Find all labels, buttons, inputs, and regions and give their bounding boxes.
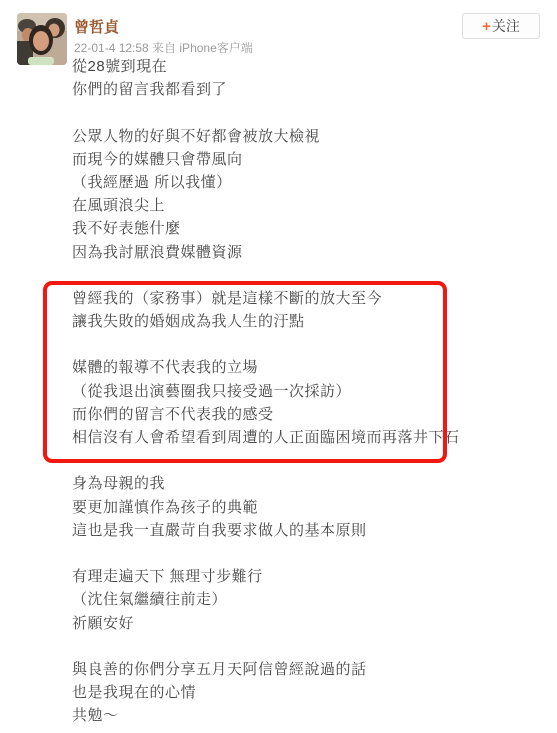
plus-icon: +	[482, 18, 491, 35]
post-line: 有理走遍天下 無理寸步難行	[72, 565, 542, 588]
post-line	[72, 264, 542, 287]
post-line: 身為母親的我	[72, 472, 542, 495]
follow-button[interactable]: + 关注	[462, 13, 540, 39]
post-line: 要更加謹慎作為孩子的典範	[72, 496, 542, 519]
timestamp[interactable]: 22-01-4 12:58 来自 iPhone客户端	[74, 39, 253, 56]
post-line	[72, 333, 542, 356]
username[interactable]: 曾哲貞	[74, 16, 119, 37]
post-body: 從28號到現在你們的留言我都看到了公眾人物的好與不好都會被放大檢視而現今的媒體只…	[72, 55, 542, 727]
post-line: 共勉～	[72, 704, 542, 727]
avatar[interactable]	[17, 13, 67, 65]
post-line	[72, 635, 542, 658]
post-line: 公眾人物的好與不好都會被放大檢視	[72, 125, 542, 148]
post-line	[72, 101, 542, 124]
post-line: 在風頭浪尖上	[72, 194, 542, 217]
post-line: 也是我現在的心情	[72, 681, 542, 704]
weibo-post: 曾哲貞 22-01-4 12:58 来自 iPhone客户端 + 关注 從28號…	[0, 0, 557, 733]
post-line: 這也是我一直嚴苛自我要求做人的基本原則	[72, 519, 542, 542]
post-line: 而你們的留言不代表我的感受	[72, 403, 542, 426]
post-line: 與良善的你們分享五月天阿信曾經說過的話	[72, 658, 542, 681]
post-line: 曾經我的（家務事）就是這樣不斷的放大至今	[72, 287, 542, 310]
post-line: 祈願安好	[72, 612, 542, 635]
avatar-photo	[17, 13, 67, 65]
post-line: （沈住氣繼續往前走）	[72, 588, 542, 611]
post-line: 我不好表態什麼	[72, 217, 542, 240]
post-line: （我經歷過 所以我懂）	[72, 171, 542, 194]
post-line: （從我退出演藝圈我只接受過一次採訪）	[72, 380, 542, 403]
post-line: 媒體的報導不代表我的立場	[72, 356, 542, 379]
post-line: 因為我討厭浪費媒體資源	[72, 241, 542, 264]
post-line: 你們的留言我都看到了	[72, 78, 542, 101]
post-line: 相信沒有人會希望看到周遭的人正面臨困境而再落井下石	[72, 426, 542, 449]
post-line	[72, 542, 542, 565]
post-line	[72, 449, 542, 472]
follow-button-label: 关注	[492, 16, 520, 36]
post-line: 而現今的媒體只會帶風向	[72, 148, 542, 171]
post-line: 從28號到現在	[72, 55, 542, 78]
post-line: 讓我失敗的婚姻成為我人生的汙點	[72, 310, 542, 333]
